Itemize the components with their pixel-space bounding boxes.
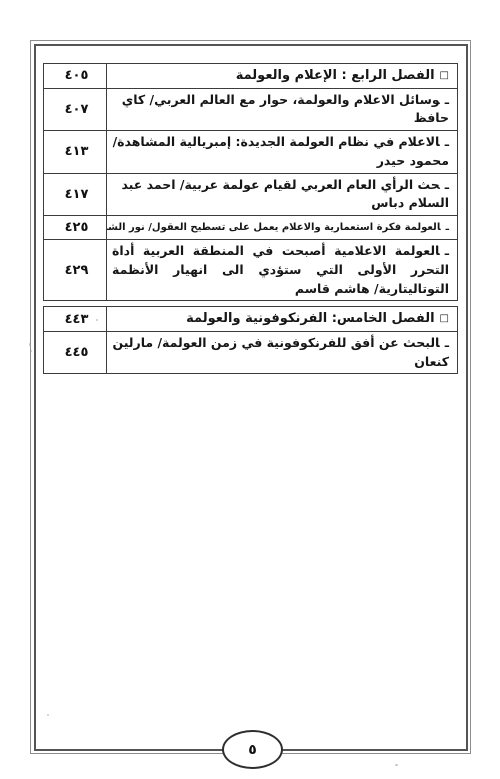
- entry-label: الاعلام في نظام العولمة الجديدة: إمبريال…: [113, 134, 449, 168]
- toc-row: ٤١٣ـالاعلام في نظام العولمة الجديدة: إمب…: [44, 130, 457, 173]
- toc-entry-text: ـالبحث عن أفق للفرنكوفونية في زمن العولم…: [107, 332, 457, 374]
- toc-page-number: ٤٢٥: [44, 216, 107, 239]
- scan-noise-speck: [29, 343, 31, 346]
- entry-label: العولمة فكرة استعمارية والاعلام يعمل على…: [107, 222, 441, 233]
- dash-icon: ـ: [445, 243, 449, 258]
- toc-entry-inner: ـالاعلام في نظام العولمة الجديدة: إمبريا…: [112, 133, 449, 171]
- toc-group-chapter-5: ٤٤٣□الفصل الخامس: الفرنكوفونية والعولمة٤…: [43, 306, 458, 374]
- toc-page-number: ٤٠٧: [44, 89, 107, 131]
- toc-row: ٤٠٥□الفصل الرابع : الإعلام والعولمة: [44, 64, 457, 88]
- toc-entry-text: ـالعولمة الاعلامية أصبحت في المنطقة العر…: [107, 240, 457, 300]
- toc-row: ٤٢٥ـالعولمة فكرة استعمارية والاعلام يعمل…: [44, 215, 457, 239]
- entry-label: حث الرأي العام العربي لقيام عولمة عربية/…: [121, 177, 449, 211]
- toc-entry-inner: ـالبحث عن أفق للفرنكوفونية في زمن العولم…: [112, 334, 449, 372]
- toc-group-chapter-4: ٤٠٥□الفصل الرابع : الإعلام والعولمة٤٠٧ـو…: [43, 63, 458, 301]
- scan-noise-speck: [395, 764, 398, 766]
- page-number: ٥: [248, 742, 257, 758]
- toc-entry-inner: □الفصل الخامس: الفرنكوفونية والعولمة: [112, 309, 449, 329]
- dash-icon: ـ: [445, 335, 449, 350]
- toc-entry-text: ـالعولمة فكرة استعمارية والاعلام يعمل عل…: [107, 216, 457, 239]
- toc-page-number: ٤١٣: [44, 131, 107, 173]
- toc-page-number: ٤١٧: [44, 174, 107, 216]
- toc-entry-text: □الفصل الرابع : الإعلام والعولمة: [107, 64, 457, 88]
- toc-entry-inner: ـالعولمة فكرة استعمارية والاعلام يعمل عل…: [112, 220, 449, 235]
- toc-entry-text: □الفصل الخامس: الفرنكوفونية والعولمة: [107, 307, 457, 331]
- entry-label: العولمة الاعلامية أصبحت في المنطقة العرب…: [112, 243, 449, 296]
- toc-entry-inner: ـحث الرأي العام العربي لقيام عولمة عربية…: [112, 176, 449, 214]
- entry-label: الفصل الرابع : الإعلام والعولمة: [236, 68, 435, 83]
- toc-entry-text: ـحث الرأي العام العربي لقيام عولمة عربية…: [107, 174, 457, 216]
- toc-entry-inner: ـوسائل الاعلام والعولمة، حوار مع العالم …: [112, 91, 449, 129]
- toc-table: ٤٠٥□الفصل الرابع : الإعلام والعولمة٤٠٧ـو…: [43, 63, 458, 374]
- dash-icon: ـ: [445, 177, 449, 192]
- toc-entry-text: ـالاعلام في نظام العولمة الجديدة: إمبريا…: [107, 131, 457, 173]
- chapter-square-icon: □: [440, 313, 449, 324]
- toc-page-number: ٤٢٩: [44, 240, 107, 300]
- toc-entry-inner: □الفصل الرابع : الإعلام والعولمة: [112, 66, 449, 86]
- chapter-square-icon: □: [440, 70, 449, 81]
- dash-icon: ـ: [445, 92, 449, 107]
- toc-row: ٤٢٩ـالعولمة الاعلامية أصبحت في المنطقة ا…: [44, 239, 457, 300]
- toc-row: ٤١٧ـحث الرأي العام العربي لقيام عولمة عر…: [44, 173, 457, 216]
- scan-noise-speck: [96, 319, 98, 321]
- toc-row: ٤٠٧ـوسائل الاعلام والعولمة، حوار مع العا…: [44, 88, 457, 131]
- toc-entry-inner: ـالعولمة الاعلامية أصبحت في المنطقة العر…: [112, 242, 449, 298]
- scanned-book-page: { "document": { "page_number": "٥" }, "t…: [0, 0, 500, 779]
- toc-page-number: ٤٠٥: [44, 64, 107, 88]
- entry-label: الفصل الخامس: الفرنكوفونية والعولمة: [186, 311, 434, 326]
- dash-icon: ـ: [446, 222, 449, 233]
- page-number-oval: ٥: [222, 730, 283, 769]
- scan-noise-speck: [47, 714, 49, 716]
- toc-row: ٤٤٥ـالبحث عن أفق للفرنكوفونية في زمن الع…: [44, 331, 457, 374]
- entry-label: وسائل الاعلام والعولمة، حوار مع العالم ا…: [122, 92, 449, 126]
- entry-label: البحث عن أفق للفرنكوفونية في زمن العولمة…: [112, 335, 449, 369]
- toc-page-number: ٤٤٥: [44, 332, 107, 374]
- toc-entry-text: ـوسائل الاعلام والعولمة، حوار مع العالم …: [107, 89, 457, 131]
- dash-icon: ـ: [445, 134, 449, 149]
- scan-noise-speck: [30, 350, 32, 352]
- toc-row: ٤٤٣□الفصل الخامس: الفرنكوفونية والعولمة: [44, 307, 457, 331]
